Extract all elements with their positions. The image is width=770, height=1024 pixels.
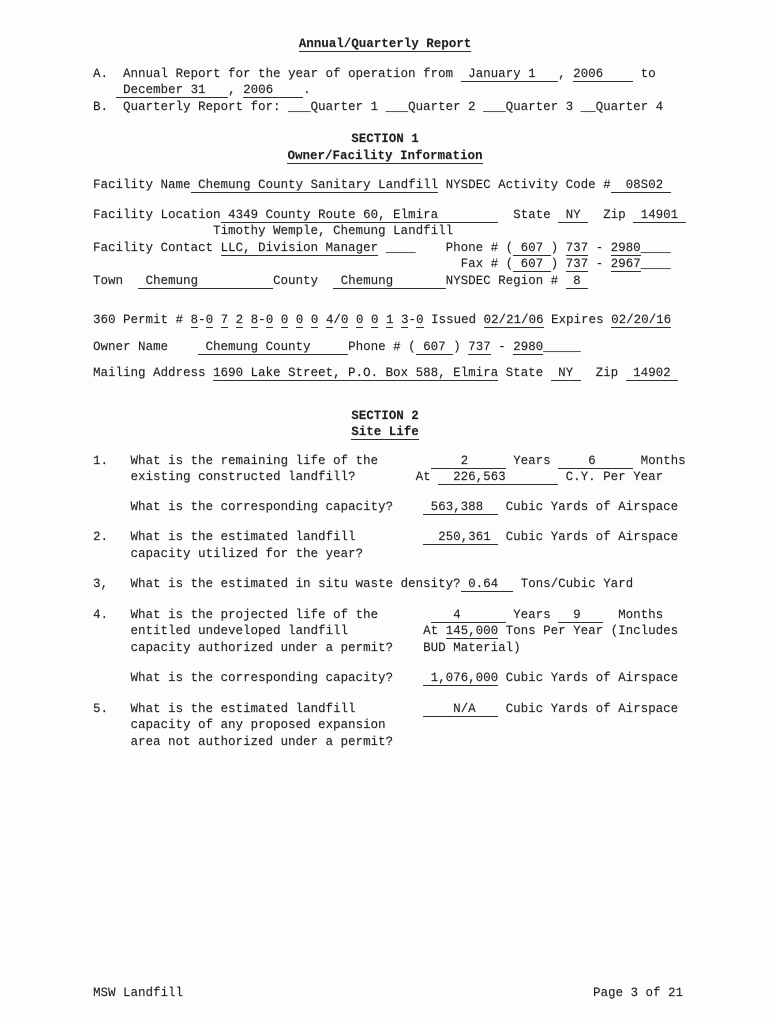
text-segment: entitled undeveloped landfill bbox=[93, 624, 348, 638]
text-segment: ) bbox=[453, 340, 468, 354]
text-segment: ) bbox=[551, 241, 566, 255]
question-1-line-2: existing constructed landfill? At 226,56… bbox=[0, 469, 770, 486]
text-segment: NYSDEC Region # bbox=[446, 274, 566, 288]
field-value: 9 bbox=[558, 608, 603, 623]
field-value: Chemung County bbox=[198, 340, 348, 355]
text-segment bbox=[393, 313, 401, 327]
section-1-heading: SECTION 1 bbox=[0, 131, 770, 148]
text-segment: _____ bbox=[543, 340, 581, 354]
text-segment: 2. What is the estimated landfill bbox=[93, 530, 356, 544]
field-value: 607 bbox=[416, 340, 454, 355]
text-segment: Facility Name bbox=[93, 178, 191, 192]
section-2-heading: SECTION 2 bbox=[0, 408, 770, 425]
question-2-line-1: 2. What is the estimated landfill 250,36… bbox=[0, 529, 770, 546]
town-county-line: Town Chemung County Chemung NYSDEC Regio… bbox=[0, 273, 770, 290]
field-value: 607 bbox=[513, 241, 551, 256]
text-segment: What is the corresponding capacity? bbox=[93, 500, 393, 514]
text-segment bbox=[393, 500, 423, 514]
field-value: 14902 bbox=[626, 366, 679, 381]
text-segment: SECTION 2 bbox=[351, 409, 419, 423]
text-segment: capacity utilized for the year? bbox=[93, 547, 363, 561]
field-value: 2967 bbox=[611, 257, 641, 272]
facility-location-line: Facility Location 4349 County Route 60, … bbox=[0, 207, 770, 224]
text-segment: BUD Material) bbox=[423, 641, 521, 655]
question-4-capacity-line: What is the corresponding capacity? 1,07… bbox=[0, 670, 770, 687]
facility-contact-line: Facility Contact LLC, Division Manager _… bbox=[0, 240, 770, 257]
text-segment: Years bbox=[506, 608, 559, 622]
text-segment: - bbox=[588, 257, 611, 271]
text-segment bbox=[348, 624, 423, 638]
text-segment: C.Y. Per Year bbox=[558, 470, 663, 484]
text-segment bbox=[378, 313, 386, 327]
text-segment bbox=[288, 313, 296, 327]
text-segment: to bbox=[633, 67, 656, 81]
text-segment: Fax # ( bbox=[461, 257, 514, 271]
field-value: Chemung County Sanitary Landfill bbox=[191, 178, 439, 193]
text-segment: 360 Permit # bbox=[93, 313, 191, 327]
question-5-line-3: area not authorized under a permit? bbox=[0, 734, 770, 751]
text-segment: What is the corresponding capacity? bbox=[93, 671, 393, 685]
field-value: 1690 Lake Street, P.O. Box 588, Elmira bbox=[213, 366, 498, 381]
text-segment: Tons Per Year (Includes bbox=[498, 624, 678, 638]
text-segment bbox=[356, 470, 416, 484]
text-segment: State bbox=[498, 366, 551, 380]
text-segment: SECTION 1 bbox=[351, 132, 419, 146]
permit-number-line: 360 Permit # 8-0 7 2 8-0 0 0 0 4/0 0 0 1… bbox=[0, 312, 770, 329]
field-value: 2 bbox=[431, 454, 506, 469]
question-1-line-1: 1. What is the remaining life of the 2 Y… bbox=[0, 453, 770, 470]
text-segment: area not authorized under a permit? bbox=[93, 735, 393, 749]
text-segment: Tons/Cubic Yard bbox=[513, 577, 633, 591]
field-value: 8 bbox=[191, 313, 199, 328]
field-value: 2980 bbox=[611, 241, 641, 256]
text-segment bbox=[378, 454, 431, 468]
report-page: Annual/Quarterly Report A. Annual Report… bbox=[0, 0, 770, 1024]
text-segment: Facility Contact bbox=[93, 241, 221, 255]
text-segment: , bbox=[558, 67, 573, 81]
field-value: 737 bbox=[566, 257, 589, 272]
field-value: 2 bbox=[236, 313, 244, 328]
field-value: 737 bbox=[566, 241, 589, 256]
field-value: 0 bbox=[206, 313, 214, 328]
text-segment: NYSDEC Activity Code # bbox=[438, 178, 611, 192]
question-5-line-2: capacity of any proposed expansion bbox=[0, 717, 770, 734]
text-segment bbox=[393, 671, 423, 685]
text-segment: Expires bbox=[544, 313, 612, 327]
text-segment: State bbox=[498, 208, 558, 222]
text-segment: capacity of any proposed expansion bbox=[93, 718, 386, 732]
text-segment bbox=[228, 313, 236, 327]
field-value: 226,563 bbox=[438, 470, 558, 485]
field-value: 4349 County Route 60, Elmira bbox=[221, 208, 499, 223]
text-segment: - bbox=[198, 313, 206, 327]
text-segment bbox=[213, 313, 221, 327]
field-value: 1,076,000 bbox=[423, 671, 498, 686]
text-segment: - bbox=[408, 313, 416, 327]
field-value: 0.64 bbox=[461, 577, 514, 592]
text-segment: Zip bbox=[581, 366, 626, 380]
text-segment: Zip bbox=[588, 208, 633, 222]
field-value: NY bbox=[558, 208, 588, 223]
facility-name-line: Facility Name Chemung County Sanitary La… bbox=[0, 177, 770, 194]
text-segment: Phone # ( bbox=[446, 241, 514, 255]
field-value: 145,000 bbox=[446, 624, 499, 639]
text-segment bbox=[273, 313, 281, 327]
page-title-text: Annual/Quarterly Report bbox=[299, 37, 472, 52]
field-value: Chemung bbox=[333, 274, 446, 289]
section-1-subheading: Owner/Facility Information bbox=[0, 148, 770, 165]
text-segment: Years bbox=[506, 454, 559, 468]
text-segment: Cubic Yards of Airspace bbox=[498, 500, 678, 514]
text-segment bbox=[93, 83, 116, 97]
field-value: N/A bbox=[423, 702, 498, 717]
field-value: 607 bbox=[513, 257, 551, 272]
question-3-line: 3, What is the estimated in situ waste d… bbox=[0, 576, 770, 593]
question-4-line-3: capacity authorized under a permit? BUD … bbox=[0, 640, 770, 657]
field-value: 737 bbox=[468, 340, 491, 355]
text-segment: At bbox=[423, 624, 446, 638]
field-value: 0 bbox=[416, 313, 424, 328]
text-segment: 1. What is the remaining life of the bbox=[93, 454, 378, 468]
question-4-line-1: 4. What is the projected life of the 4 Y… bbox=[0, 607, 770, 624]
text-segment: ____ bbox=[378, 241, 446, 255]
text-segment bbox=[356, 530, 424, 544]
text-segment: Months bbox=[633, 454, 686, 468]
field-value: Site Life bbox=[351, 425, 419, 440]
page-footer: MSW Landfill Page 3 of 21 bbox=[93, 985, 683, 1002]
text-segment: Owner Name bbox=[93, 340, 176, 354]
text-segment bbox=[356, 702, 424, 716]
field-value: 02/20/16 bbox=[611, 313, 671, 328]
question-1-capacity-line: What is the corresponding capacity? 563,… bbox=[0, 499, 770, 516]
annual-report-line-1: A. Annual Report for the year of operati… bbox=[0, 66, 770, 83]
text-segment: At bbox=[416, 470, 439, 484]
text-segment: Phone # ( bbox=[348, 340, 416, 354]
text-segment bbox=[93, 257, 461, 271]
text-segment: - bbox=[491, 340, 514, 354]
field-value: 14901 bbox=[633, 208, 686, 223]
quarterly-report-line: B. Quarterly Report for: ___Quarter 1 __… bbox=[0, 99, 770, 116]
mailing-address-line: Mailing Address 1690 Lake Street, P.O. B… bbox=[0, 365, 770, 382]
field-value: 8 bbox=[566, 274, 589, 289]
document-content: Annual/Quarterly Report A. Annual Report… bbox=[0, 0, 770, 750]
field-value: 7 bbox=[221, 313, 229, 328]
annual-report-line-2: December 31 , 2006 . bbox=[0, 82, 770, 99]
text-segment: Facility Location bbox=[93, 208, 221, 222]
text-segment: existing constructed landfill? bbox=[93, 470, 356, 484]
text-segment: 4. What is the projected life of the bbox=[93, 608, 378, 622]
field-value: December 31 bbox=[116, 83, 229, 98]
footer-document-type: MSW Landfill bbox=[93, 985, 183, 1002]
text-segment: . bbox=[303, 83, 311, 97]
text-segment: ) bbox=[551, 257, 566, 271]
text-segment: B. Quarterly Report for: ___Quarter 1 __… bbox=[93, 100, 663, 114]
text-segment: ____ bbox=[641, 257, 671, 271]
field-value: 08S02 bbox=[611, 178, 671, 193]
fax-line: Fax # ( 607 ) 737 - 2967____ bbox=[0, 256, 770, 273]
text-segment bbox=[93, 224, 213, 238]
text-segment: A. Annual Report for the year of operati… bbox=[93, 67, 461, 81]
text-segment: Cubic Yards of Airspace bbox=[498, 530, 678, 544]
text-segment: / bbox=[333, 313, 341, 327]
text-segment: Timothy Wemple, Chemung Landfill bbox=[213, 224, 453, 238]
section-2-subheading: Site Life bbox=[0, 424, 770, 441]
text-segment bbox=[243, 313, 251, 327]
question-5-line-1: 5. What is the estimated landfill N/A Cu… bbox=[0, 701, 770, 718]
text-segment bbox=[318, 313, 326, 327]
text-segment: , bbox=[228, 83, 243, 97]
field-value: 2006 bbox=[243, 83, 303, 98]
question-4-line-2: entitled undeveloped landfill At 145,000… bbox=[0, 623, 770, 640]
page-title: Annual/Quarterly Report bbox=[0, 36, 770, 53]
text-segment: 3, What is the estimated in situ waste d… bbox=[93, 577, 461, 591]
field-value: Chemung bbox=[138, 274, 273, 289]
field-value: LLC, Division Manager bbox=[221, 241, 379, 256]
field-value: January 1 bbox=[461, 67, 559, 82]
text-segment: Mailing Address bbox=[93, 366, 213, 380]
field-value: 2006 bbox=[573, 67, 633, 82]
text-segment bbox=[176, 340, 199, 354]
text-segment: Cubic Yards of Airspace bbox=[498, 671, 678, 685]
text-segment: Town bbox=[93, 274, 138, 288]
field-value: 250,361 bbox=[423, 530, 498, 545]
text-segment bbox=[393, 641, 423, 655]
document-body: A. Annual Report for the year of operati… bbox=[0, 66, 770, 751]
text-segment: - bbox=[588, 241, 611, 255]
text-segment: Issued bbox=[424, 313, 484, 327]
owner-name-line: Owner Name Chemung County Phone # ( 607 … bbox=[0, 339, 770, 356]
text-segment bbox=[363, 313, 371, 327]
text-segment: capacity authorized under a permit? bbox=[93, 641, 393, 655]
field-value: NY bbox=[551, 366, 581, 381]
text-segment: County bbox=[273, 274, 333, 288]
text-segment bbox=[378, 608, 431, 622]
field-value: 563,388 bbox=[423, 500, 498, 515]
text-segment: - bbox=[258, 313, 266, 327]
field-value: Owner/Facility Information bbox=[287, 149, 482, 164]
question-2-line-2: capacity utilized for the year? bbox=[0, 546, 770, 563]
field-value: 4 bbox=[431, 608, 506, 623]
text-segment: ____ bbox=[641, 241, 671, 255]
text-segment bbox=[303, 313, 311, 327]
text-segment: 5. What is the estimated landfill bbox=[93, 702, 356, 716]
facility-contact-name-line: Timothy Wemple, Chemung Landfill bbox=[0, 223, 770, 240]
text-segment: Cubic Yards of Airspace bbox=[498, 702, 678, 716]
field-value: 2980 bbox=[513, 340, 543, 355]
footer-page-number: Page 3 of 21 bbox=[593, 985, 683, 1002]
text-segment bbox=[348, 313, 356, 327]
text-segment: Months bbox=[603, 608, 663, 622]
field-value: 02/21/06 bbox=[484, 313, 544, 328]
field-value: 6 bbox=[558, 454, 633, 469]
